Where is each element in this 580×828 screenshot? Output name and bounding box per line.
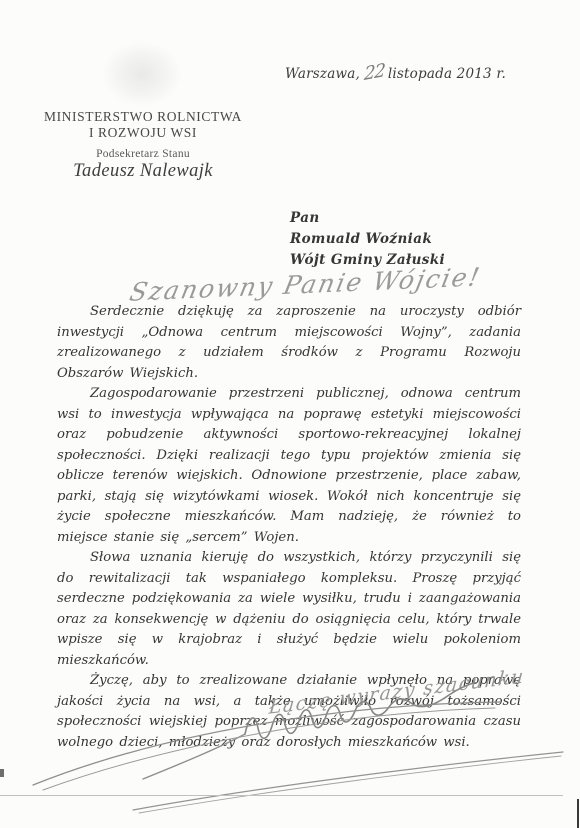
signature-scrawl [15, 682, 575, 822]
official-title: Podsekretarz Stanu [36, 148, 250, 160]
recipient-name: Romuald Woźniak [290, 229, 445, 250]
date-rest: listopada 2013 r. [388, 66, 506, 82]
date-line: Warszawa,22listopada 2013 r. [285, 62, 506, 83]
scan-left-mark [0, 769, 4, 777]
scan-edge-mark [577, 799, 579, 828]
letterhead: MINISTERSTWO ROLNICTWA I ROZWOJU WSI Pod… [36, 109, 250, 182]
date-day-handwritten: 22 [363, 60, 385, 85]
emblem-watermark-icon [103, 42, 181, 106]
letter-page: Warszawa,22listopada 2013 r. MINISTERSTW… [0, 0, 580, 828]
body-paragraph: Serdecznie dziękuję za zaproszenie na ur… [57, 302, 521, 384]
official-name: Tadeusz Nalewajk [36, 161, 250, 182]
scan-fold-line [0, 795, 563, 796]
date-city: Warszawa, [285, 66, 360, 82]
recipient-salutation: Pan [290, 208, 445, 229]
ministry-name-line2: I ROZWOJU WSI [36, 125, 250, 141]
ministry-name-line1: MINISTERSTWO ROLNICTWA [36, 109, 250, 125]
body-paragraph: Słowa uznania kieruję do wszystkich, któ… [57, 548, 521, 671]
body-paragraph: Zagospodarowanie przestrzeni publicznej,… [57, 384, 521, 548]
recipient-block: Pan Romuald Woźniak Wójt Gminy Załuski [290, 208, 445, 271]
